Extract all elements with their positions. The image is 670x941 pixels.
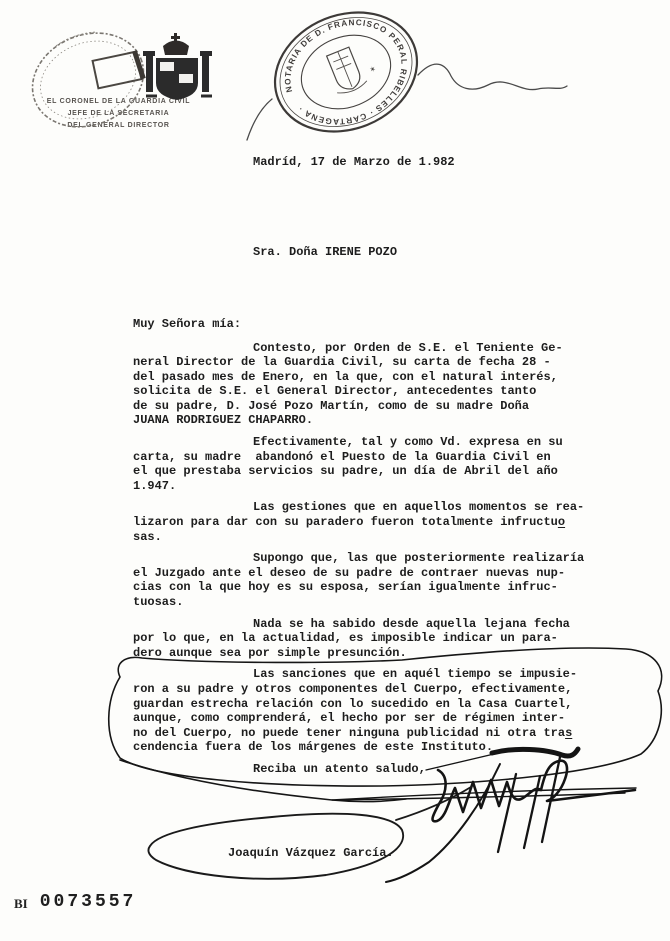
letter-line: Nada se ha sabido desde aquella lejana f… [133, 617, 613, 632]
letter-line: tuosas. [133, 595, 613, 610]
letter-line: cias con la que hoy es su esposa, serían… [133, 580, 613, 595]
svg-text:NOTARIA DE D. FRANCISCO PERAL: NOTARIA DE D. FRANCISCO PERAL RIBELLES ·… [267, 0, 425, 144]
office-stamp-line: EL CORONEL DE LA GUARDIA CIVIL [16, 96, 221, 108]
letter-line: guardan estrecha relación con lo sucedid… [133, 697, 613, 712]
notary-seal-icon: NOTARIA DE D. FRANCISCO PERAL RIBELLES ·… [257, 0, 435, 152]
office-stamp-text: EL CORONEL DE LA GUARDIA CIVIL JEFE DE L… [16, 96, 221, 132]
letter-line: por lo que, en la actualidad, es imposib… [133, 631, 613, 646]
letter-line: ron a su padre y otros componentes del C… [133, 682, 613, 697]
scanned-letter-page: EL CORONEL DE LA GUARDIA CIVIL JEFE DE L… [0, 0, 670, 941]
dateline: Madríd, 17 de Marzo de 1.982 [253, 155, 455, 169]
letter-body: Muy Señora mía: Contesto, por Orden de S… [133, 317, 613, 776]
letter-line: neral Director de la Guardia Civil, su c… [133, 355, 613, 370]
closing-line: Reciba un atento saludo, [133, 762, 613, 777]
letter-line: lizaron para dar con su paradero fueron … [133, 515, 613, 530]
paragraph: Supongo que, las que posteriormente real… [133, 551, 613, 609]
letter-line: Las sanciones que en aquél tiempo se imp… [133, 667, 613, 682]
addressee: Sra. Doña IRENE POZO [253, 245, 397, 259]
paragraph-circled: Las sanciones que en aquél tiempo se imp… [133, 667, 613, 755]
letter-line: 1.947. [133, 479, 613, 494]
footer-code-number: 0073557 [40, 892, 137, 912]
letter-line: solicita de S.E. el General Director, an… [133, 384, 613, 399]
paragraph: Nada se ha sabido desde aquella lejana f… [133, 617, 613, 661]
salutation: Muy Señora mía: [133, 317, 613, 332]
letter-line: Contesto, por Orden de S.E. el Teniente … [133, 341, 613, 356]
coat-of-arms-icon [143, 33, 212, 100]
letter-line: sas. [133, 530, 613, 545]
office-stamp-line: JEFE DE LA SECRETARIA [16, 108, 221, 120]
paragraph: Efectivamente, tal y como Vd. expresa en… [133, 435, 613, 493]
name-circle-icon [148, 787, 471, 879]
letter-line: dero aunque sea por simple presunción. [133, 646, 613, 661]
footer-code: BI0073557 [14, 892, 136, 912]
letter-line: del pasado mes de Enero, en la que, con … [133, 370, 613, 385]
letter-line: cendencia fuera de los márgenes de este … [133, 740, 613, 755]
letter-line: Supongo que, las que posteriormente real… [133, 551, 613, 566]
letter-line: de su padre, D. José Pozo Martín, como d… [133, 399, 613, 414]
paragraph: Contesto, por Orden de S.E. el Teniente … [133, 341, 613, 429]
paragraph: Las gestiones que en aquellos momentos s… [133, 500, 613, 544]
letter-line: Las gestiones que en aquellos momentos s… [133, 500, 613, 515]
letter-line: JUANA RODRIGUEZ CHAPARRO. [133, 413, 613, 428]
letter-line: aunque, como comprenderá, el hecho por s… [133, 711, 613, 726]
paragraphs-container: Contesto, por Orden de S.E. el Teniente … [133, 341, 613, 755]
letter-line: el Juzgado ante el deseo de su padre de … [133, 566, 613, 581]
footer-code-prefix: BI [14, 896, 28, 911]
letter-line: Efectivamente, tal y como Vd. expresa en… [133, 435, 613, 450]
notary-star-icon: ✶ [368, 64, 377, 76]
notary-seal-ring-text: NOTARIA DE D. FRANCISCO PERAL RIBELLES ·… [267, 0, 425, 144]
letter-line: el que prestaba servicios su padre, un d… [133, 464, 613, 479]
pen-squiggle-icon [247, 64, 567, 140]
office-stamp-line: DEL GENERAL DIRECTOR [16, 120, 221, 132]
letter-line: carta, su madre abandonó el Puesto de la… [133, 450, 613, 465]
signature-typed-name: Joaquín Vázquez García. [228, 846, 394, 860]
letter-line: no del Cuerpo, no puede tener ninguna pu… [133, 726, 613, 741]
